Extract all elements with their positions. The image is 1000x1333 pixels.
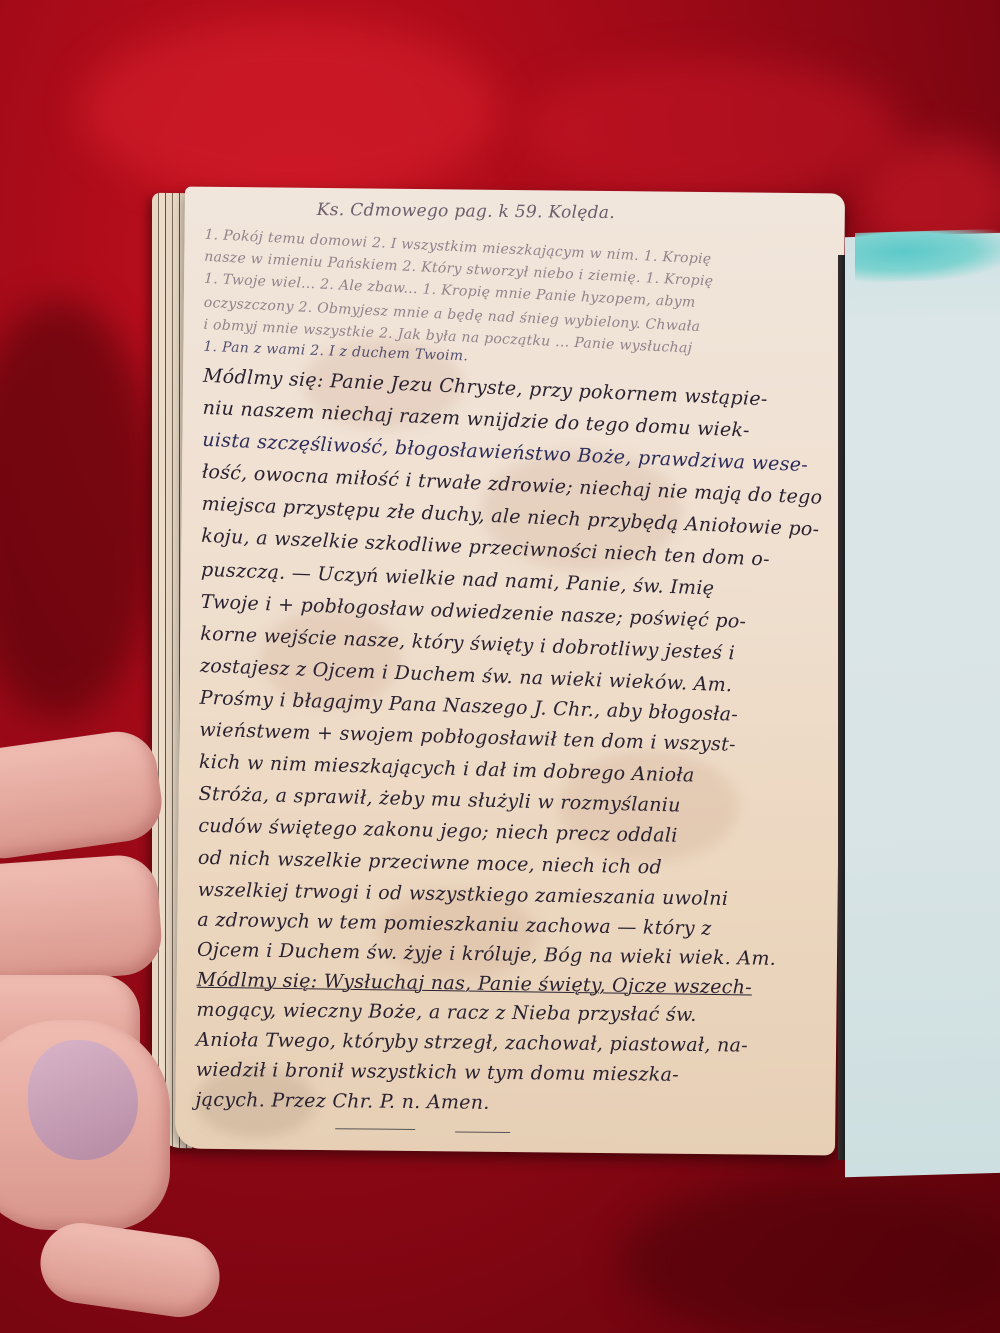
closing-rule [335, 1128, 415, 1130]
finger [0, 853, 164, 987]
velvet-shadow [620, 1180, 1000, 1333]
text-line: wszelkiej trwogi i od wszystkiego zamies… [198, 879, 729, 910]
text-line: Módlmy się: Wysłuchaj nas, Panie święty,… [197, 969, 753, 999]
prayer-book: Ks. Cdmowego pag. k 59. Kolęda. 1. Pokój… [130, 185, 1000, 1165]
right-endpaper [845, 233, 1000, 1177]
finger [35, 1218, 224, 1322]
left-page: Ks. Cdmowego pag. k 59. Kolęda. 1. Pokój… [175, 187, 845, 1156]
velvet-highlight [520, 60, 900, 200]
text-line: a zdrowych w tem pomieszkaniu zachowa — … [197, 909, 712, 940]
text-line: wieństwem + swojem pobłogosławił ten dom… [199, 719, 736, 756]
holding-hand [0, 720, 220, 1333]
finger [0, 727, 167, 864]
thumbnail [28, 1040, 138, 1160]
water-stain [855, 228, 1000, 282]
velvet-highlight [80, 20, 500, 200]
text-line: Ojcem i Duchem św. żyje i króluje, Bóg n… [197, 939, 776, 970]
text-line: jących. Przez Chr. P. n. Amen. [195, 1089, 489, 1114]
handwritten-text: Ks. Cdmowego pag. k 59. Kolęda. 1. Pokój… [205, 187, 835, 194]
text-line: mogący, wieczny Boże, a racz z Nieba prz… [196, 999, 696, 1026]
text-line: Anioła Twego, któryby strzegł, zachował,… [196, 1029, 748, 1057]
closing-rule [455, 1131, 510, 1133]
page-header: Ks. Cdmowego pag. k 59. Kolęda. [317, 200, 615, 223]
text-line: od nich wszelkie przeciwne moce, niech i… [198, 847, 662, 879]
